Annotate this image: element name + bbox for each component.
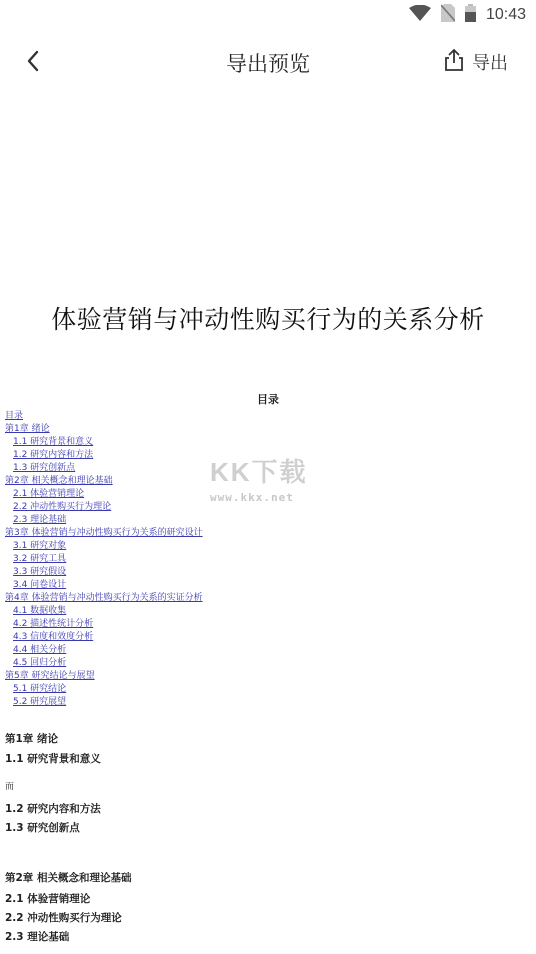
toc-link[interactable]: 4.3 信度和效度分析	[5, 631, 203, 644]
toc-link[interactable]: 3.4 问卷设计	[5, 579, 203, 592]
toc-link[interactable]: 第1章 绪论	[5, 423, 203, 436]
toc-link[interactable]: 第3章 体验营销与冲动性购买行为关系的研究设计	[5, 527, 203, 540]
toc-link[interactable]: 2.3 理论基础	[5, 514, 203, 527]
document-title: 体验营销与冲动性购买行为的关系分析	[0, 300, 536, 336]
toc-link[interactable]: 1.2 研究内容和方法	[5, 449, 203, 462]
section-heading: 2.1 体验营销理论	[5, 891, 90, 906]
section-heading: 第2章 相关概念和理论基础	[5, 870, 131, 885]
toc-link[interactable]: 第2章 相关概念和理论基础	[5, 475, 203, 488]
section-heading: 2.3 理论基础	[5, 929, 69, 944]
toc-link[interactable]: 3.3 研究假设	[5, 566, 203, 579]
wifi-icon	[409, 5, 431, 25]
toc-link[interactable]: 3.1 研究对象	[5, 540, 203, 553]
header: 导出预览 导出	[0, 38, 536, 86]
export-button[interactable]: 导出	[444, 48, 508, 76]
status-icons: 10:43	[409, 4, 526, 26]
watermark: KK下载 www.kkx.net	[210, 452, 330, 507]
section-heading: 1.1 研究背景和意义	[5, 751, 101, 766]
toc-link[interactable]: 4.4 相关分析	[5, 644, 203, 657]
body-text: 而	[5, 779, 14, 792]
watermark-url: www.kkx.net	[210, 491, 330, 504]
export-label: 导出	[472, 49, 508, 75]
watermark-logo: KK下载	[210, 452, 330, 489]
section-heading: 2.2 冲动性购买行为理论	[5, 910, 122, 925]
toc-link[interactable]: 1.1 研究背景和意义	[5, 436, 203, 449]
table-of-contents: 目录 第1章 绪论 1.1 研究背景和意义 1.2 研究内容和方法 1.3 研究…	[5, 410, 203, 709]
toc-link[interactable]: 5.2 研究展望	[5, 696, 203, 709]
toc-link[interactable]: 4.5 回归分析	[5, 657, 203, 670]
toc-link[interactable]: 3.2 研究工具	[5, 553, 203, 566]
toc-link[interactable]: 5.1 研究结论	[5, 683, 203, 696]
battery-icon	[465, 4, 476, 26]
no-sim-icon	[441, 4, 455, 26]
toc-link[interactable]: 第5章 研究结论与展望	[5, 670, 203, 683]
toc-heading: 目录	[0, 391, 536, 407]
section-heading: 第1章 绪论	[5, 731, 58, 746]
toc-link[interactable]: 2.2 冲动性购买行为理论	[5, 501, 203, 514]
toc-link[interactable]: 4.1 数据收集	[5, 605, 203, 618]
toc-link[interactable]: 第4章 体验营销与冲动性购买行为关系的实证分析	[5, 592, 203, 605]
status-time: 10:43	[486, 6, 526, 24]
section-heading: 1.3 研究创新点	[5, 820, 80, 835]
share-upload-icon	[444, 48, 464, 76]
toc-link[interactable]: 2.1 体验营销理论	[5, 488, 203, 501]
toc-link[interactable]: 4.2 描述性统计分析	[5, 618, 203, 631]
status-bar: 10:43	[0, 0, 536, 30]
section-heading: 1.2 研究内容和方法	[5, 801, 101, 816]
toc-link[interactable]: 1.3 研究创新点	[5, 462, 203, 475]
toc-link[interactable]: 目录	[5, 410, 203, 423]
